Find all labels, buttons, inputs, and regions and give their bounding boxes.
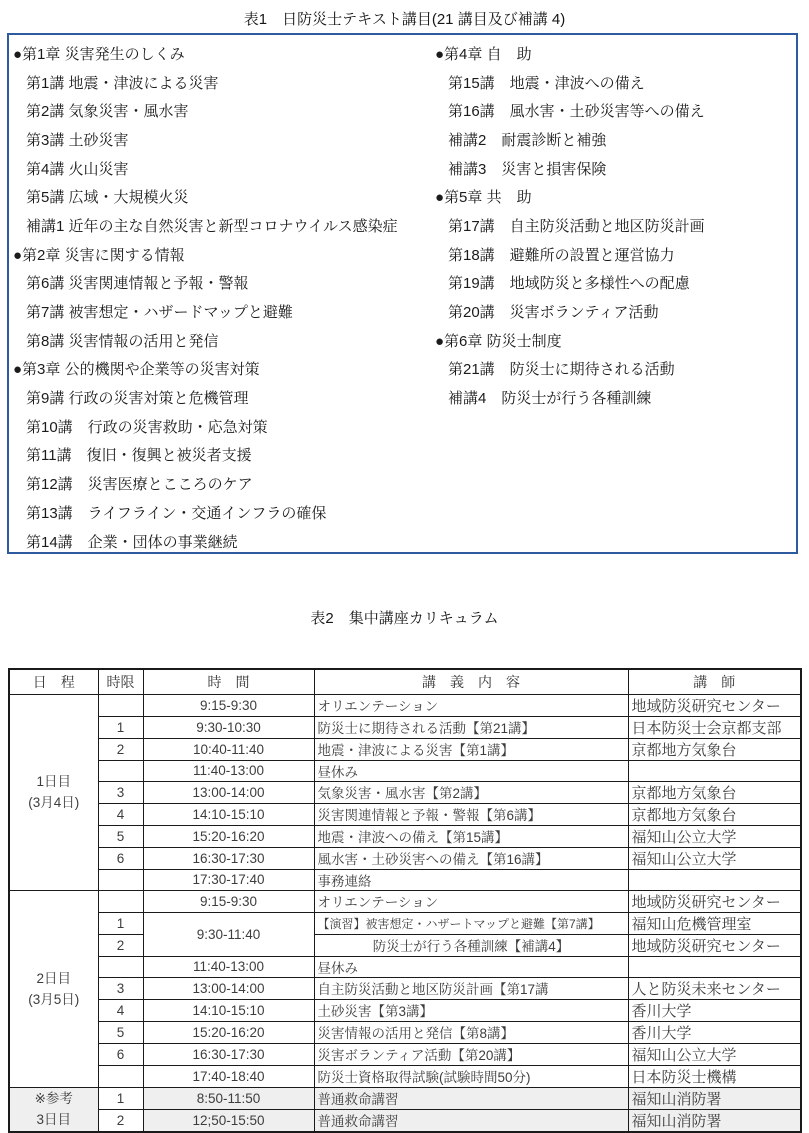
document-page: { "colors": { "table1_border": "#2e5b9f"…	[0, 0, 809, 1103]
content-cell: オリエンテーション	[314, 890, 628, 912]
time-cell: 10:40-11:40	[143, 738, 314, 760]
table-row: 2 10:40-11:40 地震・津波による災害【第1講】 京都地方気象台	[9, 738, 801, 760]
period-cell: 1	[98, 912, 143, 934]
chapter-heading: ●第5章 共 助	[435, 182, 793, 211]
content-cell: 普通救命講習	[314, 1109, 628, 1132]
table-row: 4 14:10-15:10 災害関連情報と予報・警報【第6講】 京都地方気象台	[9, 803, 801, 825]
time-cell: 15:20-16:20	[143, 825, 314, 847]
period-cell: 5	[98, 825, 143, 847]
col-header-lecturer: 講 師	[628, 669, 801, 694]
time-cell: 14:10-15:10	[143, 803, 314, 825]
day3-label: 3日目	[13, 1109, 95, 1130]
table1-left-item: 第5講 広域・大規模火災	[13, 182, 433, 211]
time-cell: 17:30-17:40	[143, 869, 314, 890]
day2-cell: 2日目 (3月5日)	[9, 890, 98, 1087]
content-cell: 気象災害・風水害【第2講】	[314, 781, 628, 803]
content-cell: 昼休み	[314, 760, 628, 781]
content-cell: 昼休み	[314, 956, 628, 977]
content-cell: 自主防災活動と地区防災計画【第17講	[314, 977, 628, 999]
lecturer-cell: 地域防災研究センター	[628, 934, 801, 956]
content-cell: 風水害・土砂災害への備え【第16講】	[314, 847, 628, 869]
table-row: 2日目 (3月5日) 9:15-9:30 オリエンテーション 地域防災研究センタ…	[9, 890, 801, 912]
lecturer-cell: 福知山公立大学	[628, 825, 801, 847]
content-cell: 事務連絡	[314, 869, 628, 890]
day2-date: (3月5日)	[13, 989, 95, 1010]
table-row: 5 15:20-16:20 災害情報の活用と発信【第8講】 香川大学	[9, 1021, 801, 1043]
lecturer-cell: 福知山公立大学	[628, 847, 801, 869]
period-cell	[98, 869, 143, 890]
table1-right-item: 第19講 地域防災と多様性への配慮	[435, 269, 793, 298]
lecturer-cell	[628, 869, 801, 890]
table-row: ※参考 3日目 1 8:50-11:50 普通救命講習 福知山消防署	[9, 1087, 801, 1109]
table-row: 3 13:00-14:00 気象災害・風水害【第2講】 京都地方気象台	[9, 781, 801, 803]
day3-note: ※参考	[13, 1088, 95, 1109]
table-row: 11:40-13:00 昼休み	[9, 760, 801, 781]
table1-left-item: 第13講 ライフライン・交通インフラの確保	[13, 498, 433, 527]
table1-left-item: 第4講 火山災害	[13, 154, 433, 183]
time-cell: 13:00-14:00	[143, 977, 314, 999]
day2-label: 2日目	[13, 968, 95, 989]
table-row: 4 14:10-15:10 土砂災害【第3講】 香川大学	[9, 999, 801, 1021]
period-cell	[98, 890, 143, 912]
col-header-content: 講 義 内 容	[314, 669, 628, 694]
period-cell	[98, 694, 143, 716]
lecturer-cell: 京都地方気象台	[628, 803, 801, 825]
time-cell-merged: 9:30-11:40	[143, 912, 314, 956]
period-cell	[98, 1065, 143, 1087]
time-cell: 9:15-9:30	[143, 890, 314, 912]
period-cell: 2	[98, 1109, 143, 1132]
content-cell: 普通救命講習	[314, 1087, 628, 1109]
table1-left-item: 第14講 企業・団体の事業継続	[13, 527, 433, 556]
content-cell: 災害関連情報と予報・警報【第6講】	[314, 803, 628, 825]
day3-cell: ※参考 3日目	[9, 1087, 98, 1132]
day1-date: (3月4日)	[13, 792, 95, 813]
period-cell	[98, 956, 143, 977]
content-cell: 防災士に期待される活動【第21講】	[314, 716, 628, 738]
period-cell	[98, 760, 143, 781]
period-cell: 5	[98, 1021, 143, 1043]
table1-left-item: 第8講 災害情報の活用と発信	[13, 326, 433, 355]
content-cell: 防災士資格取得試験(試験時間50分)	[314, 1065, 628, 1087]
table1-left-item: 第2講 気象災害・風水害	[13, 96, 433, 125]
time-cell: 16:30-17:30	[143, 1043, 314, 1065]
time-cell: 11:40-13:00	[143, 956, 314, 977]
table-row: 2 防災士が行う各種訓練【補講4】 地域防災研究センター	[9, 934, 801, 956]
table1-box: ●第1章 災害発生のしくみ 第1講 地震・津波による災害 第2講 気象災害・風水…	[7, 33, 798, 554]
table-row: 11:40-13:00 昼休み	[9, 956, 801, 977]
table-row: 1 9:30-11:40 【演習】被害想定・ハザートマップと避難【第7講】 福知…	[9, 912, 801, 934]
chapter-heading: ●第3章 公的機関や企業等の災害対策	[13, 355, 433, 384]
content-cell: 防災士が行う各種訓練【補講4】	[314, 934, 628, 956]
col-header-period: 時限	[98, 669, 143, 694]
table1-left-item: 第3講 土砂災害	[13, 125, 433, 154]
table-row: 5 15:20-16:20 地震・津波への備え【第15講】 福知山公立大学	[9, 825, 801, 847]
period-cell: 4	[98, 999, 143, 1021]
lecturer-cell: 人と防災未来センター	[628, 977, 801, 999]
content-cell: 地震・津波による災害【第1講】	[314, 738, 628, 760]
table1-left-item: 補講1 近年の主な自然災害と新型コロナウイルス感染症	[13, 211, 433, 240]
content-cell: 地震・津波への備え【第15講】	[314, 825, 628, 847]
table-row: 2 12;50-15:50 普通救命講習 福知山消防署	[9, 1109, 801, 1132]
time-cell: 8:50-11:50	[143, 1087, 314, 1109]
content-cell: 【演習】被害想定・ハザートマップと避難【第7講】	[314, 912, 628, 934]
time-cell: 12;50-15:50	[143, 1109, 314, 1132]
table-row: 1日目 (3月4日) 9:15-9:30 オリエンテーション 地域防災研究センタ…	[9, 694, 801, 716]
table2-title: 表2 集中講座カリキュラム	[0, 607, 809, 628]
time-cell: 14:10-15:10	[143, 999, 314, 1021]
curriculum-table: 日 程 時限 時 間 講 義 内 容 講 師 1日目 (3月4日) 9:15-9…	[8, 668, 802, 1133]
table1-left-item: 第1講 地震・津波による災害	[13, 68, 433, 97]
table1-left-item: 第11講 復旧・復興と被災者支援	[13, 441, 433, 470]
table1-right-item: 第15講 地震・津波への備え	[435, 68, 793, 97]
lecturer-cell: 日本防災士会京都支部	[628, 716, 801, 738]
table1-left-item: 第10講 行政の災害救助・応急対策	[13, 412, 433, 441]
table1-right-item: 第16講 風水害・土砂災害等への備え	[435, 96, 793, 125]
table1-right-item: 補講3 災害と損害保険	[435, 154, 793, 183]
period-cell: 3	[98, 781, 143, 803]
period-cell: 3	[98, 977, 143, 999]
time-cell: 9:15-9:30	[143, 694, 314, 716]
table1-title: 表1 日防災士テキスト講目(21 講目及び補講 4)	[0, 8, 809, 29]
time-cell: 13:00-14:00	[143, 781, 314, 803]
table-row: 17:40-18:40 防災士資格取得試験(試験時間50分) 日本防災士機構	[9, 1065, 801, 1087]
lecturer-cell: 福知山消防署	[628, 1109, 801, 1132]
day1-cell: 1日目 (3月4日)	[9, 694, 98, 890]
time-cell: 9:30-10:30	[143, 716, 314, 738]
lecturer-cell: 福知山公立大学	[628, 1043, 801, 1065]
content-cell: 土砂災害【第3講】	[314, 999, 628, 1021]
day1-label: 1日目	[13, 771, 95, 792]
table1-left-item: 第6講 災害関連情報と予報・警報	[13, 269, 433, 298]
lecturer-cell: 京都地方気象台	[628, 738, 801, 760]
col-header-date: 日 程	[9, 669, 98, 694]
period-cell: 1	[98, 716, 143, 738]
table1-left-item: 第9講 行政の災害対策と危機管理	[13, 383, 433, 412]
period-cell: 1	[98, 1087, 143, 1109]
time-cell: 15:20-16:20	[143, 1021, 314, 1043]
table1-right-item: 第18講 避難所の設置と運営協力	[435, 240, 793, 269]
period-cell: 2	[98, 934, 143, 956]
period-cell: 6	[98, 847, 143, 869]
lecturer-cell: 福知山危機管理室	[628, 912, 801, 934]
lecturer-cell: 福知山消防署	[628, 1087, 801, 1109]
table-row: 3 13:00-14:00 自主防災活動と地区防災計画【第17講 人と防災未来セ…	[9, 977, 801, 999]
table1-right-item: 第20講 災害ボランティア活動	[435, 297, 793, 326]
content-cell: 災害ボランティア活動【第20講】	[314, 1043, 628, 1065]
table-row: 1 9:30-10:30 防災士に期待される活動【第21講】 日本防災士会京都支…	[9, 716, 801, 738]
lecturer-cell: 香川大学	[628, 999, 801, 1021]
period-cell: 2	[98, 738, 143, 760]
lecturer-cell	[628, 956, 801, 977]
lecturer-cell	[628, 760, 801, 781]
chapter-heading: ●第1章 災害発生のしくみ	[13, 39, 433, 68]
table1-right-item: 補講2 耐震診断と補強	[435, 125, 793, 154]
table1-left-item: 第7講 被害想定・ハザードマップと避難	[13, 297, 433, 326]
time-cell: 17:40-18:40	[143, 1065, 314, 1087]
lecturer-cell: 日本防災士機構	[628, 1065, 801, 1087]
chapter-heading: ●第4章 自 助	[435, 39, 793, 68]
chapter-heading: ●第2章 災害に関する情報	[13, 240, 433, 269]
table1-right-item: 第17講 自主防災活動と地区防災計画	[435, 211, 793, 240]
content-cell: 災害情報の活用と発信【第8講】	[314, 1021, 628, 1043]
table1-left-item: 第12講 災害医療とこころのケア	[13, 469, 433, 498]
col-header-time: 時 間	[143, 669, 314, 694]
table-row: 17:30-17:40 事務連絡	[9, 869, 801, 890]
lecturer-cell: 香川大学	[628, 1021, 801, 1043]
table1-right-column: ●第4章 自 助 第15講 地震・津波への備え 第16講 風水害・土砂災害等への…	[433, 39, 793, 552]
table-row: 6 16:30-17:30 風水害・土砂災害への備え【第16講】 福知山公立大学	[9, 847, 801, 869]
content-cell: オリエンテーション	[314, 694, 628, 716]
table1-left-column: ●第1章 災害発生のしくみ 第1講 地震・津波による災害 第2講 気象災害・風水…	[9, 39, 433, 552]
period-cell: 6	[98, 1043, 143, 1065]
chapter-heading: ●第6章 防災士制度	[435, 326, 793, 355]
header-row: 日 程 時限 時 間 講 義 内 容 講 師	[9, 669, 801, 694]
lecturer-cell: 地域防災研究センター	[628, 890, 801, 912]
table1-right-item: 補講4 防災士が行う各種訓練	[435, 383, 793, 412]
time-cell: 11:40-13:00	[143, 760, 314, 781]
lecturer-cell: 地域防災研究センター	[628, 694, 801, 716]
period-cell: 4	[98, 803, 143, 825]
table1-right-item: 第21講 防災士に期待される活動	[435, 355, 793, 384]
time-cell: 16:30-17:30	[143, 847, 314, 869]
lecturer-cell: 京都地方気象台	[628, 781, 801, 803]
table-row: 6 16:30-17:30 災害ボランティア活動【第20講】 福知山公立大学	[9, 1043, 801, 1065]
